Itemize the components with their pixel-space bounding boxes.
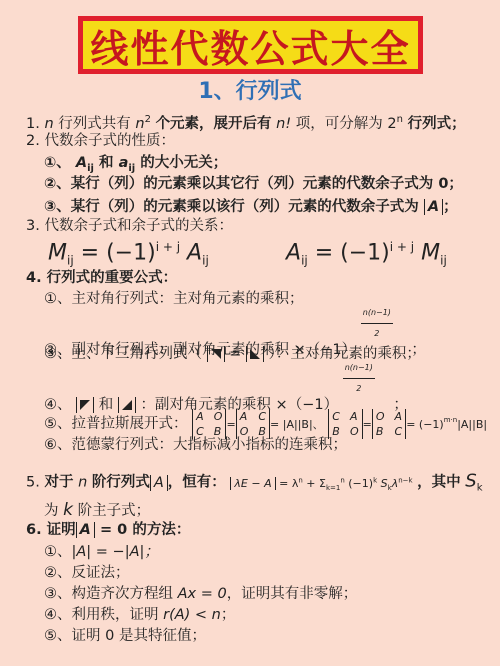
title-banner: 线性代数公式大全 [78,16,423,74]
item-2-2: ②、某行（列）的元素乘以其它行（列）元素的代数余子式为 0； [44,174,463,194]
item-3: 3. 代数余子式和余子式的关系： [26,216,233,236]
item-6: 6. 证明A = 0 的方法： [26,520,190,540]
item-4-1: ①、主对角行列式：主对角元素的乘积； [44,289,304,309]
item-5-cont: 为 k 阶主子式； [44,500,150,521]
page-title: 线性代数公式大全 [90,18,410,73]
item-6-5: ⑤、证明 0 是其特征值； [44,626,206,646]
formula-minor-to-cofactor: Mij = (−1)i + j Aij [48,240,209,268]
lower-triangle-icon [250,349,260,359]
item-6-2: ②、反证法； [44,563,130,583]
item-6-3: ③、构造齐次方程组 Ax = 0，证明其有非零解； [44,584,357,604]
item-4: 4. 行列式的重要公式： [26,268,177,288]
section-title: 1、行列式 [0,74,500,105]
item-2: 2. 代数余子式的性质： [26,131,175,151]
item-4-6: ⑥、范德蒙行列式：大指标减小指标的连乘积； [44,435,347,455]
item-5: 5. 对于 n 阶行列式A，恒有： λE − A = λn + Σk=1n (−… [26,470,483,499]
item-6-1: ①、|A| = −|A|； [44,542,159,562]
matrix-4: OABC [372,409,406,439]
item-6-4: ④、利用秩，证明 r(A) < n； [44,605,235,625]
formula-cofactor-to-minor: Aij = (−1)i + j Mij [286,240,447,268]
item-2-3: ③、某行（列）的元素乘以该行（列）元素的代数余子式为 A； [44,197,458,217]
upper-triangle-icon [211,349,221,359]
